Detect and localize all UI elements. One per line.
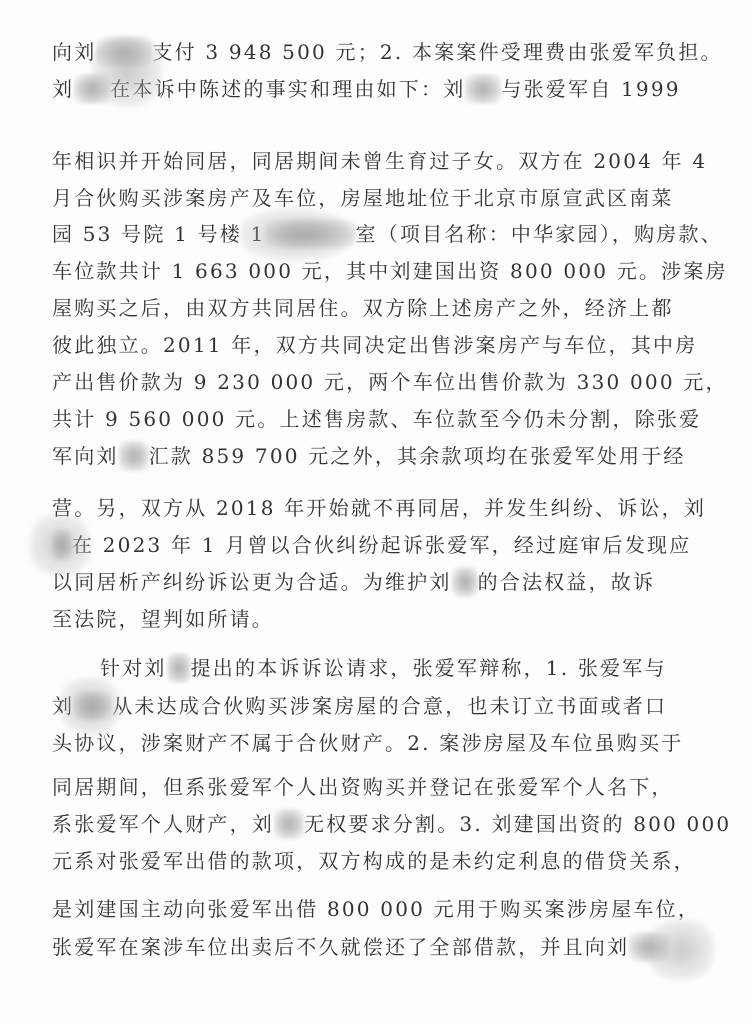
- text-line: 屋购买之后，由双方共同居住。双方除上述房产之外，经济上都: [52, 292, 712, 324]
- text-line: 营。另，双方从 2018 年开始就不再同居，并发生纠纷、诉讼，刘: [52, 492, 712, 524]
- text-segment: 同居期间，但系张爱军个人出资购买并登记在张爱军个人名下，: [52, 775, 674, 799]
- redaction-smudge: [96, 37, 152, 67]
- text-line: 是刘建国主动向张爱军出借 800 000 元用于购买案涉房屋车位，: [52, 893, 712, 925]
- text-segment: 系张爱军个人财产，刘: [52, 812, 274, 836]
- text-segment: 汇款 859 700 元之外，其余款项均在张爱军处用于经: [149, 444, 686, 468]
- text-line: 彼此独立。2011 年，双方共同决定出售涉案房产与车位，其中房: [52, 329, 712, 361]
- text-line: 向刘支付 3 948 500 元；2. 本案案件受理费由张爱军负担。: [52, 36, 712, 68]
- text-line: 元系对张爱军出借的款项，双方构成的是未约定利息的借贷关系，: [52, 845, 712, 877]
- text-segment: 无权要求分割。3. 刘建国出资的 800 000: [304, 812, 731, 836]
- text-line: 系张爱军个人财产，刘无权要求分割。3. 刘建国出资的 800 000: [52, 808, 712, 840]
- text-segment: 军向刘: [52, 444, 119, 468]
- text-line: 月合伙购买涉案房产及车位，房屋地址位于北京市原宣武区南菜: [52, 182, 712, 214]
- text-line: 园 53 号院 1 号楼 1室（项目名称：中华家园），购房款、: [52, 218, 712, 250]
- redaction-smudge: [465, 74, 501, 104]
- text-segment: 是刘建国主动向张爱军出借 800 000 元用于购买案涉房屋车位，: [52, 897, 700, 921]
- redaction-smudge: [74, 74, 110, 104]
- redaction-smudge: [119, 441, 149, 471]
- text-line: 刘在本诉中陈述的事实和理由如下：刘与张爱军自 1999: [52, 73, 712, 105]
- text-segment: 与张爱军自 1999: [501, 77, 680, 101]
- text-line: 军向刘汇款 859 700 元之外，其余款项均在张爱军处用于经: [52, 440, 712, 472]
- text-line: 针对刘提出的本诉诉讼请求，张爱军辩称，1. 张爱军与: [100, 652, 712, 684]
- text-segment: 产出售价款为 9 230 000 元，两个车位出售价款为 330 000 元，: [52, 370, 728, 394]
- text-segment: 至法院，望判如所请。: [52, 607, 274, 631]
- text-segment: 月合伙购买涉案房产及车位，房屋地址位于北京市原宣武区南菜: [52, 186, 674, 210]
- redaction-smudge: [167, 653, 191, 683]
- text-segment: 张爱军在案涉车位出卖后不久就偿还了全部借款，并且向刘: [52, 935, 629, 959]
- text-segment: 支付 3 948 500 元；2. 本案案件受理费由张爱军负担。: [152, 40, 722, 64]
- text-line: 以同居析产纠纷诉讼更为合适。为维护刘的合法权益，故诉: [52, 566, 712, 598]
- redaction-smudge: [452, 567, 478, 597]
- text-segment: 屋购买之后，由双方共同居住。双方除上述房产之外，经济上都: [52, 296, 674, 320]
- text-segment: 针对刘: [100, 656, 167, 680]
- text-segment: 在 2023 年 1 月曾以合伙纠纷起诉张爱军，经过庭审后发现应: [72, 533, 691, 557]
- text-line: 头协议，涉案财产不属于合伙财产。2. 案涉房屋及车位虽购买于: [52, 727, 712, 759]
- text-line: 共计 9 560 000 元。上述售房款、车位款至今仍未分割，除张爱: [52, 403, 712, 435]
- text-line: 在 2023 年 1 月曾以合伙纠纷起诉张爱军，经过庭审后发现应: [52, 529, 712, 561]
- redaction-smudge: [74, 691, 112, 721]
- text-segment: 的合法权益，故诉: [478, 570, 656, 594]
- text-segment: 车位款共计 1 663 000 元，其中刘建国出资 800 000 元。涉案房: [52, 259, 728, 283]
- text-segment: 元系对张爱军出借的款项，双方构成的是未约定利息的借贷关系，: [52, 849, 696, 873]
- text-line: 张爱军在案涉车位出卖后不久就偿还了全部借款，并且向刘: [52, 931, 712, 963]
- text-segment: 年相识并开始同居，同居期间未曾生育过子女。双方在 2004 年 4: [52, 149, 707, 173]
- text-segment: 头协议，涉案财产不属于合伙财产。2. 案涉房屋及车位虽购买于: [52, 731, 683, 755]
- text-line: 同居期间，但系张爱军个人出资购买并登记在张爱军个人名下，: [52, 771, 712, 803]
- text-segment: 刘: [52, 77, 74, 101]
- text-segment: 从未达成合伙购买涉案房屋的合意，也未订立书面或者口: [112, 694, 667, 718]
- document-page: 向刘支付 3 948 500 元；2. 本案案件受理费由张爱军负担。 刘在本诉中…: [0, 0, 752, 1024]
- text-line: 刘从未达成合伙购买涉案房屋的合意，也未订立书面或者口: [52, 690, 712, 722]
- text-segment: 提出的本诉诉讼请求，张爱军辩称，1. 张爱军与: [191, 656, 667, 680]
- text-segment: 共计 9 560 000 元。上述售房款、车位款至今仍未分割，除张爱: [52, 407, 701, 431]
- redaction-smudge: [629, 932, 669, 962]
- text-segment: 以同居析产纠纷诉讼更为合适。为维护刘: [52, 570, 452, 594]
- text-segment: 向刘: [52, 40, 96, 64]
- redaction-smudge: [274, 809, 304, 839]
- text-segment: 室（项目名称：中华家园），购房款、: [356, 222, 723, 246]
- redaction-smudge: [52, 530, 72, 560]
- text-line: 年相识并开始同居，同居期间未曾生育过子女。双方在 2004 年 4: [52, 145, 712, 177]
- text-line: 至法院，望判如所请。: [52, 603, 712, 635]
- redaction-smudge: [266, 219, 356, 249]
- text-segment: 园 53 号院 1 号楼 1: [52, 222, 266, 246]
- text-segment: 营。另，双方从 2018 年开始就不再同居，并发生纠纷、诉讼，刘: [52, 496, 706, 520]
- text-segment: 彼此独立。2011 年，双方共同决定出售涉案房产与车位，其中房: [52, 333, 697, 357]
- text-segment: 刘: [52, 694, 74, 718]
- text-line: 车位款共计 1 663 000 元，其中刘建国出资 800 000 元。涉案房: [52, 255, 712, 287]
- text-line: 产出售价款为 9 230 000 元，两个车位出售价款为 330 000 元，: [52, 366, 712, 398]
- text-segment: 在本诉中陈述的事实和理由如下：刘: [110, 77, 465, 101]
